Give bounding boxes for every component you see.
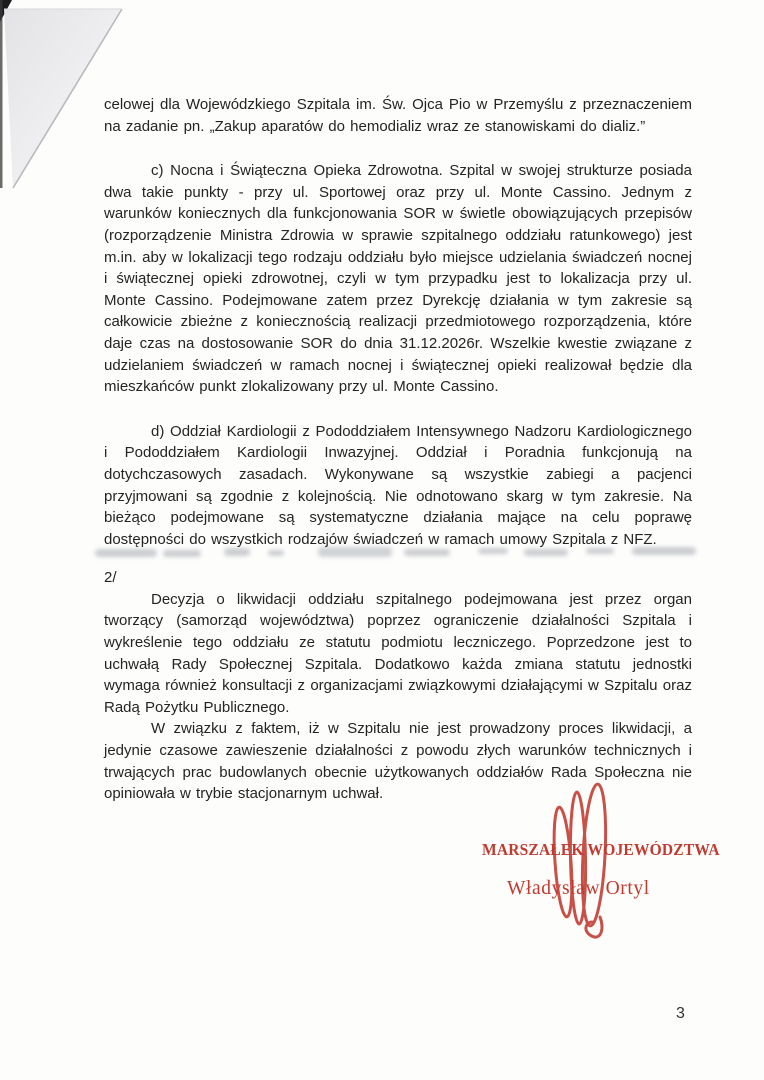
page-number: 3: [676, 1005, 685, 1023]
section-label-2: 2/: [104, 567, 692, 589]
paragraph-point-d: d) Oddział Kardiologii z Pododdziałem In…: [104, 421, 692, 551]
paragraph-decision-1: Decyzja o likwidacji oddziału szpitalneg…: [104, 589, 692, 719]
letter-body: celowej dla Wojewódzkiego Szpitala im. Ś…: [104, 94, 692, 805]
paragraph-point-c: c) Nocna i Świąteczna Opieka Zdrowotna. …: [104, 160, 692, 398]
signature: [520, 772, 650, 952]
paragraph-intro: celowej dla Wojewódzkiego Szpitala im. Ś…: [104, 94, 692, 137]
document-page: celowej dla Wojewódzkiego Szpitala im. Ś…: [0, 0, 764, 1080]
